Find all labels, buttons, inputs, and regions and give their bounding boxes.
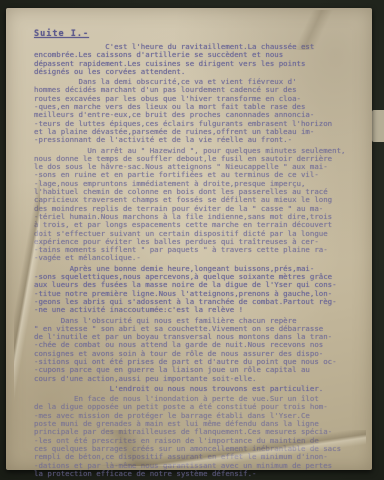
- page-header-suite-label: Suite I.-: [34, 29, 89, 39]
- document-page: Suite I.- C'est l'heure du ravitaillemen…: [6, 8, 372, 470]
- paragraph-digue-yser: Après une bonne demie heure,longeant bui…: [34, 265, 360, 315]
- paragraph-releve-tranchee: Dans l'obscurité qui nous est familière …: [34, 317, 360, 383]
- paragraph-ravitaillement: C'est l'heure du ravitaillement.La chaus…: [34, 43, 360, 76]
- background-sheet-sliver: [372, 110, 384, 142]
- paragraph-demi-obscurite: Dans la demi obscurité,ce va et vient fi…: [34, 78, 360, 144]
- scanned-document-photo: { "colors": { "ink": "#6c6897", "paper":…: [0, 0, 384, 480]
- paragraph-inondation-barrage: En face de nous l'inondation à perte de …: [34, 395, 360, 478]
- paragraph-endroit-particulier: L'endroit ou nous nous trouvons est part…: [34, 385, 360, 393]
- paragraph-arret-hazewind: Un arrêt au " Hazewind ", pour quelques …: [34, 147, 360, 263]
